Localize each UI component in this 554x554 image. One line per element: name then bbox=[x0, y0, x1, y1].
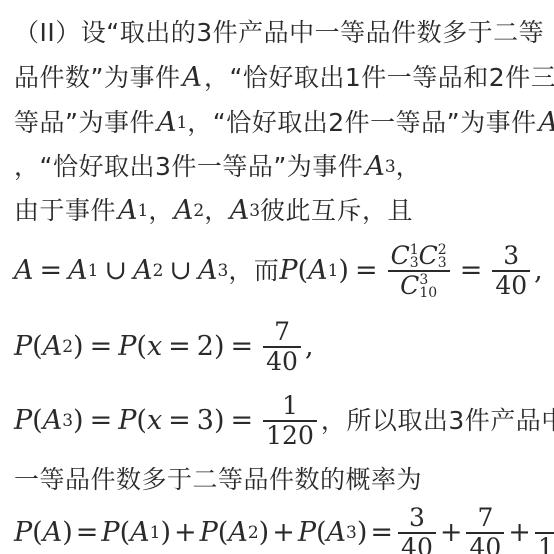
text-line-4: ，“恰好取出3件一等品”为事件 A3 ， bbox=[14, 152, 421, 182]
intro-text: （II）设“取出的3件产品中一等品件数多于二等 bbox=[14, 18, 544, 48]
text-line-1: （II）设“取出的3件产品中一等品件数多于二等 bbox=[14, 18, 544, 48]
math-var: A bbox=[182, 63, 202, 93]
equation-PA-total: P(A) = P(A1) + P(A2) + P(A3) = 340 + 740… bbox=[14, 504, 554, 554]
equation-union-and-PA1: A = A1 ∪ A2 ∪ A3 ，而 P(A1) = C13C23 C310 … bbox=[14, 240, 543, 302]
text-line-5: 由于事件 A1 ， A2 ， A3 彼此互斥，且 bbox=[14, 196, 413, 226]
fraction-3-40: 3 40 bbox=[492, 242, 530, 300]
fraction-1-120: 1 120 bbox=[263, 392, 317, 450]
equation-PA3: P(A3) = P(x=3) = 1 120 ，所以取出3件产品中 bbox=[14, 392, 554, 450]
equation-PA2: P(A2) = P(x=2) = 7 40 , bbox=[14, 318, 314, 376]
text-line-3: 等品”为事件 A1 ，“恰好取出2件一等品”为事件 A2 bbox=[14, 108, 554, 138]
text-line-probability: 一等品件数多于二等品件数的概率为 bbox=[14, 465, 422, 495]
text-line-2: 品件数”为事件 A ，“恰好取出1件一等品和2件三 bbox=[14, 63, 554, 93]
combination-fraction: C13C23 C310 bbox=[388, 242, 450, 300]
fraction-7-40: 7 40 bbox=[263, 318, 301, 376]
